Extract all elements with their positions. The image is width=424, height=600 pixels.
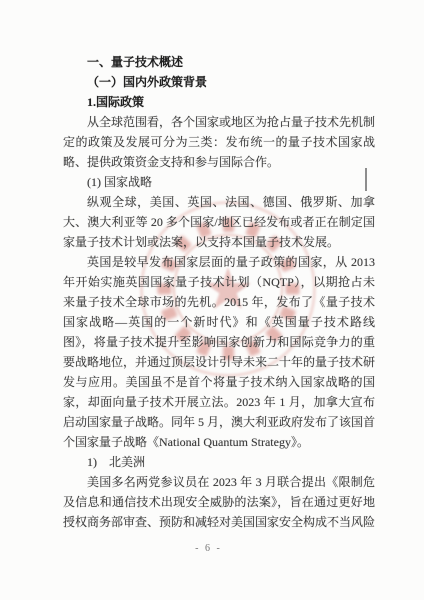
page-number: - 6 - — [0, 543, 417, 554]
paragraph-intro: 从全球范围看，各个国家或地区为抢占量子技术先机制定的政策及发展可分为三类：发布统… — [63, 112, 375, 172]
list-item-north-america: 1) 北美洲 — [63, 452, 375, 472]
document-page: 一、量子技术概述 （一）国内外政策背景 1.国际政策 从全球范围看，各个国家或地… — [0, 0, 424, 600]
paragraph-uk-us: 英国是较早发布国家层面的量子政策的国家，从 2013 年开始实施英国国家量子技术… — [63, 252, 375, 452]
policy-heading: 1.国际政策 — [63, 92, 375, 112]
page-text: 一、量子技术概述 （一）国内外政策背景 1.国际政策 从全球范围看，各个国家或地… — [63, 52, 375, 532]
list-item-national-strategy: (1) 国家战略 — [63, 172, 375, 192]
section-heading: 一、量子技术概述 — [63, 52, 375, 72]
paragraph-countries: 纵观全球，美国、英国、法国、德国、俄罗斯、加拿大、澳大利亚等 20 多个国家/地… — [63, 192, 375, 252]
subsection-heading: （一）国内外政策背景 — [63, 72, 375, 92]
paragraph-us-bill: 美国多名两党参议员在 2023 年 3 月联合提出《限制危及信息和通信技术出现安… — [63, 472, 375, 532]
